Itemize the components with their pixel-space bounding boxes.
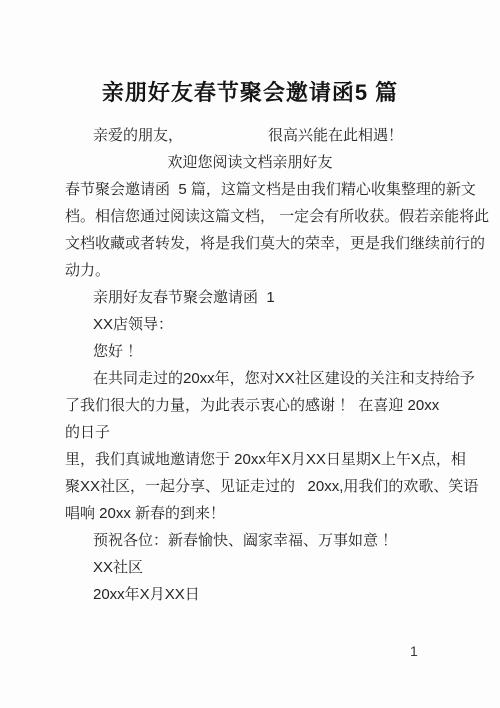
document-title: 亲朋好友春节聚会邀请函5 篇	[0, 78, 500, 108]
body-line: 唱响 20xx 新春的到来！	[65, 500, 442, 527]
wishes-line: 预祝各位：新春愉快、阖家幸福、万事如意 ！	[65, 527, 442, 554]
document-body: 春节聚会邀请函 5 篇，这篇文档是由我们精心收集整理的新文 档。相信您通过阅读这…	[0, 176, 500, 608]
date-line: 20xx年X月XX日	[65, 581, 442, 608]
body-line: 的日子	[65, 419, 442, 446]
document-page: 亲朋好友春节聚会邀请函5 篇 亲爱的朋友， 很高兴能在此相遇！ 欢迎您阅读文档亲…	[0, 0, 500, 708]
greeting-right: 很高兴能在此相遇！	[268, 122, 403, 149]
intro-paragraph-line: 文档收藏或者转发，将是我们莫大的荣幸，更是我们继续前行的	[65, 230, 442, 257]
body-line: 在共同走过的20xx年，您对XX社区建设的关注和支持给予	[65, 365, 442, 392]
intro-paragraph-line: 动力。	[65, 257, 442, 284]
greeting-line: 亲爱的朋友， 很高兴能在此相遇！	[0, 122, 500, 149]
greeting-left: 亲爱的朋友，	[93, 122, 183, 149]
body-line: 聚XX社区，一起分享、见证走过的 20xx,用我们的欢歌、笑语	[65, 473, 442, 500]
body-line: 了我们很大的力量，为此表示衷心的感谢 ！ 在喜迎 20xx	[65, 392, 442, 419]
section-heading: 亲朋好友春节聚会邀请函 1	[65, 284, 442, 311]
page-number: 1	[410, 643, 418, 659]
intro-paragraph-line: 档。相信您通过阅读这篇文档， 一定会有所收获。假若亲能将此	[65, 203, 442, 230]
intro-paragraph-line: 春节聚会邀请函 5 篇，这篇文档是由我们精心收集整理的新文	[65, 176, 442, 203]
salutation-line: XX店领导：	[65, 311, 442, 338]
signature-line: XX社区	[65, 554, 442, 581]
welcome-line: 欢迎您阅读文档亲朋好友	[0, 149, 500, 176]
body-line: 里，我们真诚地邀请您于 20xx年X月XX日星期X上午X点，相	[65, 446, 442, 473]
hello-line: 您好 ！	[65, 338, 442, 365]
